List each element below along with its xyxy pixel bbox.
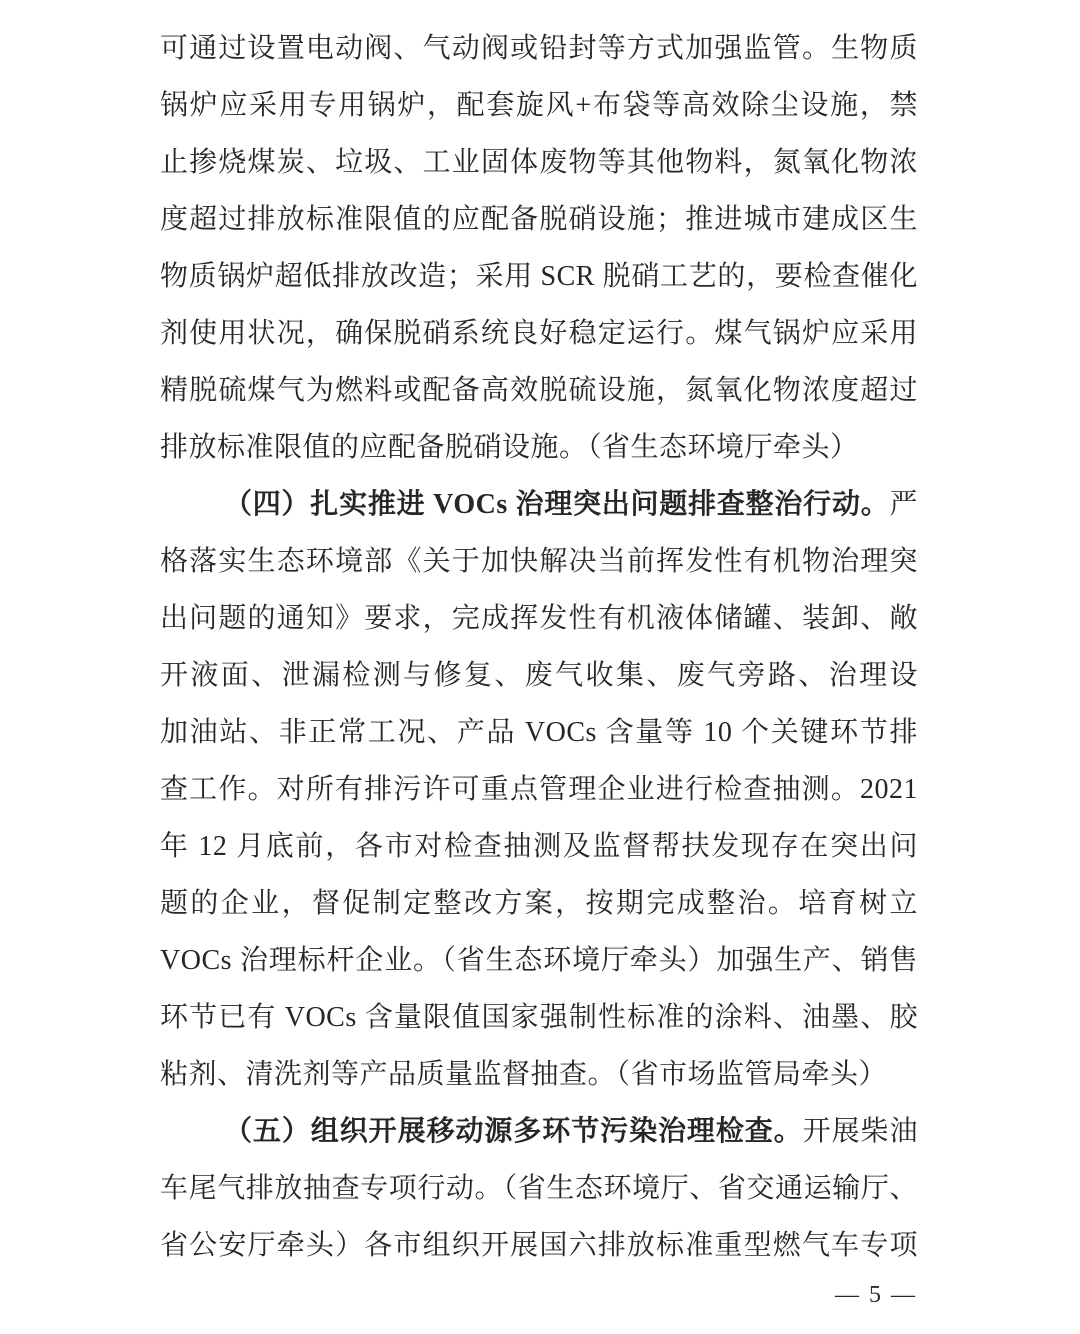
- text-run: 查工作。对所有排污许可重点管理企业进行检查抽测。2021: [160, 774, 918, 805]
- text-line: （五）组织开展移动源多环节污染治理检查。开展柴油: [160, 1103, 918, 1160]
- text-run: 精脱硫煤气为燃料或配备高效脱硫设施，氮氧化物浓度超过: [160, 375, 918, 406]
- text-line: 排放标准限值的应配备脱硝设施。（省生态环境厅牵头）: [160, 419, 918, 476]
- text-run: 严: [889, 489, 918, 520]
- text-run: 可通过设置电动阀、气动阀或铅封等方式加强监管。生物质: [160, 33, 918, 64]
- text-line: 省公安厅牵头）各市组织开展国六排放标准重型燃气车专项: [160, 1217, 918, 1274]
- text-run: 加油站、非正常工况、产品 VOCs 含量等 10 个关键环节排: [160, 717, 918, 748]
- section-heading-4: （四）扎实推进 VOCs 治理突出问题排查整治行动。: [224, 489, 889, 520]
- text-run: 格落实生态环境部《关于加快解决当前挥发性有机物治理突: [160, 546, 918, 577]
- section-heading-5: （五）组织开展移动源多环节污染治理检查。: [224, 1116, 803, 1147]
- text-run: 剂使用状况，确保脱硝系统良好稳定运行。煤气锅炉应采用: [160, 318, 918, 349]
- text-line: 加油站、非正常工况、产品 VOCs 含量等 10 个关键环节排: [160, 704, 918, 761]
- text-line: 出问题的通知》要求，完成挥发性有机液体储罐、装卸、敞: [160, 590, 918, 647]
- text-run: 开展柴油: [803, 1116, 918, 1147]
- text-line: 度超过排放标准限值的应配备脱硝设施；推进城市建成区生: [160, 191, 918, 248]
- text-line: 查工作。对所有排污许可重点管理企业进行检查抽测。2021: [160, 761, 918, 818]
- text-line: 精脱硫煤气为燃料或配备高效脱硫设施，氮氧化物浓度超过: [160, 362, 918, 419]
- text-run: 粘剂、清洗剂等产品质量监督抽查。（省市场监管局牵头）: [160, 1059, 887, 1090]
- document-page: 可通过设置电动阀、气动阀或铅封等方式加强监管。生物质 锅炉应采用专用锅炉，配套旋…: [0, 0, 1080, 1334]
- text-line: 年 12 月底前，各市对检查抽测及监督帮扶发现存在突出问: [160, 818, 918, 875]
- text-line: 粘剂、清洗剂等产品质量监督抽查。（省市场监管局牵头）: [160, 1046, 918, 1103]
- text-run: 物质锅炉超低排放改造；采用 SCR 脱硝工艺的，要检查催化: [160, 261, 918, 292]
- text-line: 物质锅炉超低排放改造；采用 SCR 脱硝工艺的，要检查催化: [160, 248, 918, 305]
- text-line: 剂使用状况，确保脱硝系统良好稳定运行。煤气锅炉应采用: [160, 305, 918, 362]
- text-run: VOCs 治理标杆企业。（省生态环境厅牵头）加强生产、销售: [160, 945, 918, 976]
- text-run: 止掺烧煤炭、垃圾、工业固体废物等其他物料，氮氧化物浓: [160, 147, 918, 178]
- text-run: 年 12 月底前，各市对检查抽测及监督帮扶发现存在突出问: [160, 831, 918, 862]
- text-line: VOCs 治理标杆企业。（省生态环境厅牵头）加强生产、销售: [160, 932, 918, 989]
- text-run: 车尾气排放抽查专项行动。（省生态环境厅、省交通运输厅、: [160, 1173, 918, 1204]
- text-line: 格落实生态环境部《关于加快解决当前挥发性有机物治理突: [160, 533, 918, 590]
- text-run: 度超过排放标准限值的应配备脱硝设施；推进城市建成区生: [160, 204, 918, 235]
- text-run: 出问题的通知》要求，完成挥发性有机液体储罐、装卸、敞: [160, 603, 918, 634]
- text-run: 环节已有 VOCs 含量限值国家强制性标准的涂料、油墨、胶: [160, 1002, 918, 1033]
- text-run: 题的企业，督促制定整改方案，按期完成整治。培育树立: [160, 888, 918, 919]
- text-run: 锅炉应采用专用锅炉，配套旋风+布袋等高效除尘设施，禁: [160, 90, 918, 121]
- text-line: 可通过设置电动阀、气动阀或铅封等方式加强监管。生物质: [160, 20, 918, 77]
- text-line: 止掺烧煤炭、垃圾、工业固体废物等其他物料，氮氧化物浓: [160, 134, 918, 191]
- page-number: — 5 —: [835, 1282, 917, 1309]
- text-run: 省公安厅牵头）各市组织开展国六排放标准重型燃气车专项: [160, 1230, 918, 1261]
- text-line: 锅炉应采用专用锅炉，配套旋风+布袋等高效除尘设施，禁: [160, 77, 918, 134]
- text-line: 开液面、泄漏检测与修复、废气收集、废气旁路、治理设施、: [160, 647, 918, 704]
- text-line: 环节已有 VOCs 含量限值国家强制性标准的涂料、油墨、胶: [160, 989, 918, 1046]
- text-run: 排放标准限值的应配备脱硝设施。（省生态环境厅牵头）: [160, 432, 859, 463]
- text-line: 车尾气排放抽查专项行动。（省生态环境厅、省交通运输厅、: [160, 1160, 918, 1217]
- document-text-block: 可通过设置电动阀、气动阀或铅封等方式加强监管。生物质 锅炉应采用专用锅炉，配套旋…: [160, 20, 918, 1274]
- text-run: 开液面、泄漏检测与修复、废气收集、废气旁路、治理设施、: [160, 660, 918, 704]
- text-line: （四）扎实推进 VOCs 治理突出问题排查整治行动。严: [160, 476, 918, 533]
- text-line: 题的企业，督促制定整改方案，按期完成整治。培育树立: [160, 875, 918, 932]
